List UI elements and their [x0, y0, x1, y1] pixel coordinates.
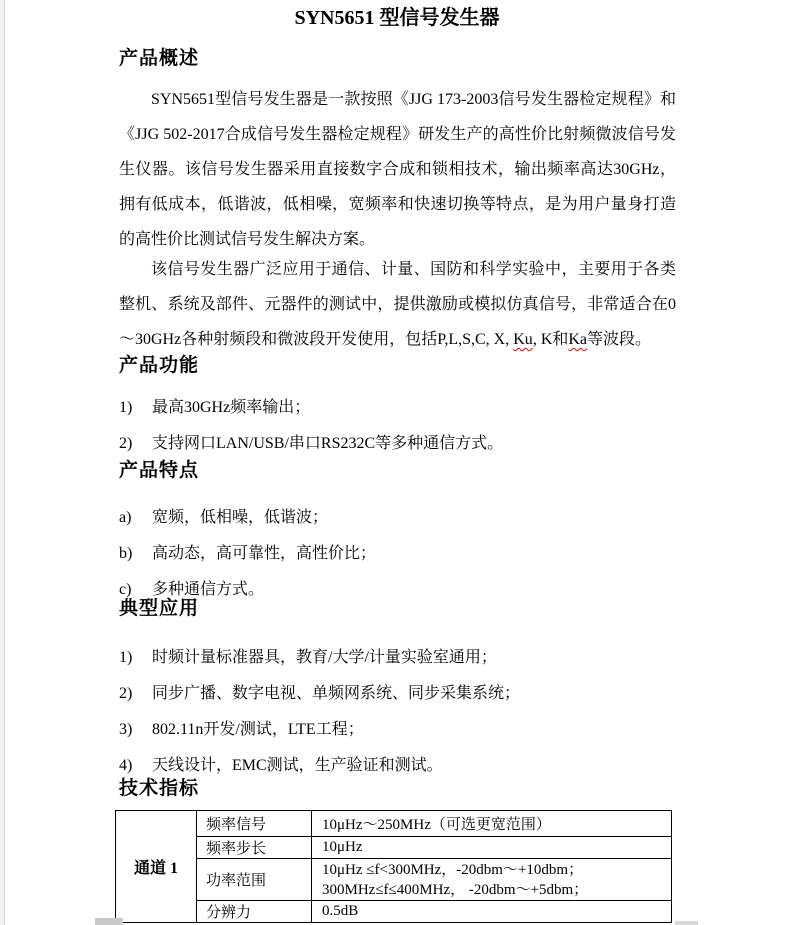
list-item-text: 宽频，低相噪，低谐波； — [152, 500, 328, 536]
list-item-text: 最高30GHz频率输出； — [152, 390, 310, 426]
param-cell: 功率范围 — [197, 859, 312, 901]
list-item: 3) 802.11n开发/测试，LTE工程； — [119, 712, 679, 748]
specs-table: 通道 1 频率信号 10μHz～250MHz（可选更宽范围） 频率步长 10μH… — [115, 810, 672, 923]
value-cell: 0.5dB — [312, 901, 672, 923]
overview-paragraph-1: SYN5651型信号发生器是一款按照《JJG 173-2003信号发生器检定规程… — [119, 82, 676, 257]
section-heading-functions: 产品功能 — [119, 354, 199, 378]
value-line: 300MHz≤f≤400MHz， -20dbm～+5dbm； — [322, 880, 671, 900]
section-heading-overview: 产品概述 — [119, 47, 199, 71]
list-item: 2) 支持网口LAN/USB/串口RS232C等多种通信方式。 — [119, 426, 679, 462]
param-cell: 频率信号 — [197, 811, 312, 837]
list-item: c) 多种通信方式。 — [119, 572, 679, 608]
list-item: b) 高动态，高可靠性，高性价比； — [119, 536, 679, 572]
overview-paragraph-2: 该信号发生器广泛应用于通信、计量、国防和科学实验中，主要用于各类整机、系统及部件… — [119, 252, 676, 357]
paragraph-text: , K和 — [533, 331, 569, 348]
doc-title: SYN5651 型信号发生器 — [0, 4, 794, 32]
list-marker: a) — [119, 500, 152, 536]
list-marker: 3) — [119, 712, 152, 748]
table-row: 分辨力 0.5dB — [116, 901, 672, 923]
param-cell: 频率步长 — [197, 837, 312, 859]
list-marker: 2) — [119, 676, 152, 712]
list-marker: 2) — [119, 426, 152, 462]
list-item: 4) 天线设计，EMC测试，生产验证和测试。 — [119, 748, 679, 784]
list-item-text: 高动态，高可靠性，高性价比； — [152, 536, 376, 572]
value-cell: 10μHz ≤f<300MHz，-20dbm～+10dbm； 300MHz≤f≤… — [312, 859, 672, 901]
channel-cell: 通道 1 — [116, 811, 197, 923]
spellcheck-word-ka: Ka — [568, 331, 587, 348]
table-row: 通道 1 频率信号 10μHz～250MHz（可选更宽范围） — [116, 811, 672, 837]
value-cell: 10μHz～250MHz（可选更宽范围） — [312, 811, 672, 837]
section-heading-applications: 典型应用 — [119, 597, 199, 621]
list-marker: b) — [119, 536, 152, 572]
bottom-left-page-fragment — [95, 918, 123, 925]
section-heading-specs: 技术指标 — [119, 777, 199, 801]
param-cell: 分辨力 — [197, 901, 312, 923]
list-item-text: 同步广播、数字电视、单频网系统、同步采集系统； — [152, 676, 520, 712]
applications-list: 1) 时频计量标准器具，教育/大学/计量实验室通用； 2) 同步广播、数字电视、… — [119, 640, 679, 784]
functions-list: 1) 最高30GHz频率输出； 2) 支持网口LAN/USB/串口RS232C等… — [119, 390, 679, 462]
table-row: 功率范围 10μHz ≤f<300MHz，-20dbm～+10dbm； 300M… — [116, 859, 672, 901]
list-item: a) 宽频，低相噪，低谐波； — [119, 500, 679, 536]
paragraph-text: 等波段。 — [587, 331, 651, 348]
list-marker: 1) — [119, 390, 152, 426]
list-item-text: 时频计量标准器具，教育/大学/计量实验室通用； — [152, 640, 497, 676]
list-item: 2) 同步广播、数字电视、单频网系统、同步采集系统； — [119, 676, 679, 712]
features-list: a) 宽频，低相噪，低谐波； b) 高动态，高可靠性，高性价比； c) 多种通信… — [119, 500, 679, 608]
list-marker: 1) — [119, 640, 152, 676]
list-item-text: 802.11n开发/测试，LTE工程； — [152, 712, 364, 748]
spellcheck-word-ku: Ku — [513, 331, 533, 348]
list-item: 1) 时频计量标准器具，教育/大学/计量实验室通用； — [119, 640, 679, 676]
value-cell: 10μHz — [312, 837, 672, 859]
list-item: 1) 最高30GHz频率输出； — [119, 390, 679, 426]
viewer-edge-strip — [0, 0, 5, 925]
document-viewport: SYN5651 型信号发生器 产品概述 SYN5651型信号发生器是一款按照《J… — [0, 0, 794, 925]
bottom-right-page-fragment — [675, 921, 698, 925]
value-line: 10μHz ≤f<300MHz，-20dbm～+10dbm； — [322, 860, 671, 880]
list-item-text: 支持网口LAN/USB/串口RS232C等多种通信方式。 — [152, 426, 503, 462]
table-row: 频率步长 10μHz — [116, 837, 672, 859]
section-heading-features: 产品特点 — [119, 459, 199, 483]
